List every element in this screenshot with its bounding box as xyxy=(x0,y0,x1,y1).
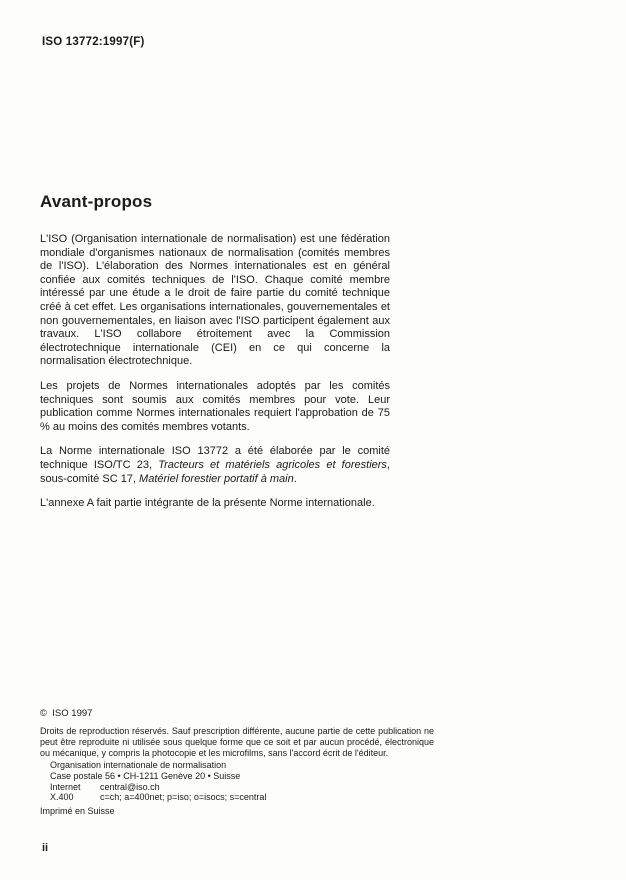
rights-notice: Droits de reproduction réservés. Sauf pr… xyxy=(40,726,434,758)
foreword-section: Avant-propos L'ISO (Organisation interna… xyxy=(40,192,390,511)
document-page: ISO 13772:1997(F) Avant-propos L'ISO (Or… xyxy=(0,0,626,880)
publisher-address: Organisation internationale de normalisa… xyxy=(50,760,434,802)
publisher-x400-line: X.400c=ch; a=400net; p=iso; o=isocs; s=c… xyxy=(50,792,434,803)
copyright-footer: © ISO 1997 Droits de reproduction réserv… xyxy=(40,708,434,816)
foreword-paragraph-4: L'annexe A fait partie intégrante de la … xyxy=(40,497,390,511)
publisher-internet-line: Internetcentral@iso.ch xyxy=(50,782,434,793)
publisher-postal-address: Case postale 56 • CH-1211 Genève 20 • Su… xyxy=(50,771,434,782)
internet-label: Internet xyxy=(50,782,100,793)
document-reference: ISO 13772:1997(F) xyxy=(42,36,144,48)
x400-value: c=ch; a=400net; p=iso; o=isocs; s=centra… xyxy=(100,792,266,802)
foreword-paragraph-3: La Norme internationale ISO 13772 a été … xyxy=(40,445,390,486)
x400-label: X.400 xyxy=(50,792,100,803)
section-title: Avant-propos xyxy=(40,192,390,212)
copyright-line: © ISO 1997 xyxy=(40,708,434,719)
publisher-name: Organisation internationale de normalisa… xyxy=(50,760,434,771)
para3-end: . xyxy=(294,473,297,485)
foreword-paragraph-2: Les projets de Normes internationales ad… xyxy=(40,380,390,434)
para3-subcommittee-title: Matériel forestier portatif à main xyxy=(139,473,294,485)
page-number: ii xyxy=(42,842,48,854)
para3-committee-title: Tracteurs et matériels agricoles et fore… xyxy=(158,459,387,471)
printed-in-line: Imprimé en Suisse xyxy=(40,806,434,816)
foreword-paragraph-1: L'ISO (Organisation internationale de no… xyxy=(40,233,390,369)
internet-value: central@iso.ch xyxy=(100,782,160,792)
